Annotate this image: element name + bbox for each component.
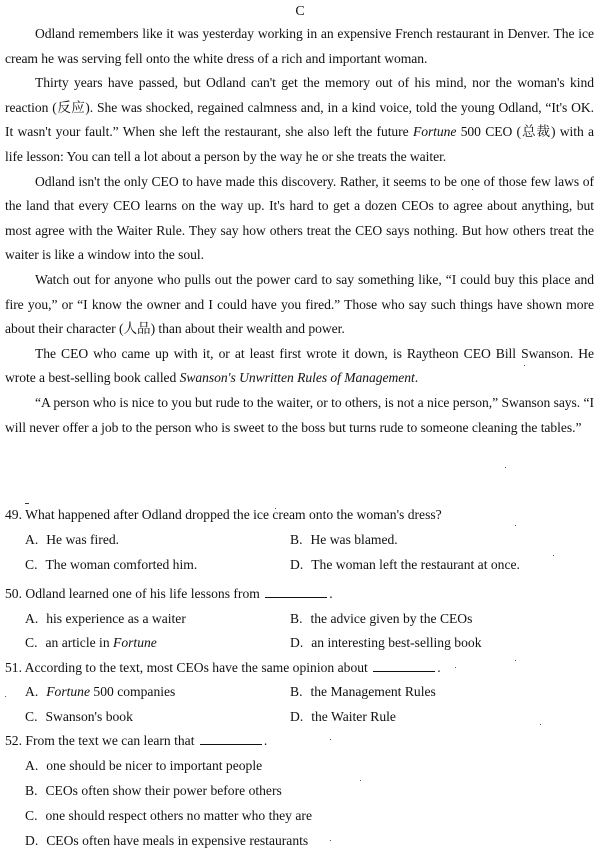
exam-page: C Odland remembers like it was yesterday…	[0, 0, 600, 866]
question-stem: 51. According to the text, most CEOs hav…	[5, 660, 441, 675]
question-number: 50.	[5, 586, 25, 601]
question-50: 50. Odland learned one of his life lesso…	[5, 584, 594, 604]
option-text: the Management Rules	[310, 684, 435, 699]
italic-text: Swanson's Unwritten Rules of Management	[180, 370, 415, 385]
option-text: one should be nicer to important people	[46, 758, 262, 773]
scan-speck	[540, 724, 541, 725]
question-stem: 49. What happened after Odland dropped t…	[5, 507, 442, 522]
option-letter: C.	[25, 557, 37, 572]
scan-speck	[505, 467, 506, 468]
option-letter: B.	[25, 783, 37, 798]
option-letter: A.	[25, 532, 38, 547]
italic-text: Fortune	[413, 124, 456, 139]
option-49-c[interactable]: C.The woman comforted him.	[25, 555, 197, 575]
option-49-d[interactable]: D.The woman left the restaurant at once.	[290, 555, 520, 575]
question-punctuation: .	[329, 586, 332, 601]
scan-speck	[360, 780, 361, 781]
scan-speck	[5, 696, 6, 697]
text-run: Odland remembers like it was yesterday w…	[5, 26, 594, 66]
passage-paragraph-3: Odland isn't the only CEO to have made t…	[5, 170, 594, 268]
text-run: CEOs often have meals in expensive resta…	[46, 833, 308, 848]
option-letter: C.	[25, 635, 37, 650]
option-letter: D.	[25, 833, 38, 848]
question-49: 49. What happened after Odland dropped t…	[5, 505, 594, 525]
scan-speck	[472, 189, 473, 190]
passage-paragraph-2: Thirty years have passed, but Odland can…	[5, 71, 594, 169]
text-run: .	[415, 370, 418, 385]
question-text: Odland learned one of his life lessons f…	[25, 586, 259, 601]
text-run: The woman comforted him.	[45, 557, 197, 572]
option-text: He was blamed.	[310, 532, 397, 547]
option-letter: B.	[290, 684, 302, 699]
scan-speck	[515, 660, 516, 661]
option-letter: A.	[25, 684, 38, 699]
question-stem: 50. Odland learned one of his life lesso…	[5, 586, 333, 601]
option-text: his experience as a waiter	[46, 611, 186, 626]
text-run: an interesting best-selling book	[311, 635, 481, 650]
text-run: CEOs often show their power before other…	[45, 783, 281, 798]
text-run: The woman left the restaurant at once.	[311, 557, 520, 572]
italic-text: Fortune	[46, 684, 90, 699]
scan-speck	[515, 525, 516, 526]
scan-speck	[275, 508, 276, 509]
option-51-d[interactable]: D.the Waiter Rule	[290, 707, 396, 727]
answer-blank	[265, 585, 327, 598]
text-run: one should respect others no matter who …	[45, 808, 312, 823]
text-run: an article in	[45, 635, 113, 650]
option-letter: B.	[290, 611, 302, 626]
option-52-c[interactable]: C.one should respect others no matter wh…	[25, 806, 312, 826]
question-text: What happened after Odland dropped the i…	[25, 507, 442, 522]
option-50-b[interactable]: B.the advice given by the CEOs	[290, 609, 472, 629]
option-text: The woman left the restaurant at once.	[311, 557, 520, 572]
scan-artifact	[25, 500, 29, 504]
option-text: an interesting best-selling book	[311, 635, 481, 650]
question-stem: 52. From the text we can learn that .	[5, 733, 267, 748]
question-number: 51.	[5, 660, 25, 675]
reading-passage: Odland remembers like it was yesterday w…	[5, 22, 594, 440]
answer-blank	[373, 659, 435, 672]
text-run: He was fired.	[46, 532, 119, 547]
text-run: He was blamed.	[310, 532, 397, 547]
text-run: his experience as a waiter	[46, 611, 186, 626]
option-text: He was fired.	[46, 532, 119, 547]
option-text: an article in Fortune	[45, 635, 156, 650]
answer-blank	[200, 732, 262, 745]
text-run: “A person who is nice to you but rude to…	[5, 395, 594, 435]
option-letter: D.	[290, 709, 303, 724]
option-text: Swanson's book	[45, 709, 132, 724]
option-50-c[interactable]: C.an article in Fortune	[25, 633, 157, 653]
question-punctuation: .	[437, 660, 440, 675]
question-text: From the text we can learn that	[25, 733, 194, 748]
option-49-b[interactable]: B.He was blamed.	[290, 530, 398, 550]
scan-speck	[330, 739, 331, 740]
text-run: the Management Rules	[310, 684, 435, 699]
question-number: 52.	[5, 733, 25, 748]
question-text: According to the text, most CEOs have th…	[25, 660, 368, 675]
text-run: one should be nicer to important people	[46, 758, 262, 773]
option-letter: D.	[290, 557, 303, 572]
question-51: 51. According to the text, most CEOs hav…	[5, 658, 594, 678]
option-52-a[interactable]: A.one should be nicer to important peopl…	[25, 756, 262, 776]
text-run: 500 companies	[90, 684, 175, 699]
passage-paragraph-4: Watch out for anyone who pulls out the p…	[5, 268, 594, 342]
option-letter: A.	[25, 758, 38, 773]
text-run: Odland isn't the only CEO to have made t…	[5, 174, 594, 263]
option-49-a[interactable]: A.He was fired.	[25, 530, 119, 550]
option-letter: C.	[25, 709, 37, 724]
passage-paragraph-6: “A person who is nice to you but rude to…	[5, 391, 594, 440]
scan-speck	[524, 365, 525, 366]
option-text: the Waiter Rule	[311, 709, 396, 724]
section-heading: C	[0, 2, 600, 22]
passage-paragraph-5: The CEO who came up with it, or at least…	[5, 342, 594, 391]
text-run: the advice given by the CEOs	[310, 611, 472, 626]
text-run: the Waiter Rule	[311, 709, 396, 724]
option-52-d[interactable]: D.CEOs often have meals in expensive res…	[25, 831, 308, 851]
option-51-a[interactable]: A.Fortune 500 companies	[25, 682, 175, 702]
text-run: Watch out for anyone who pulls out the p…	[5, 272, 594, 336]
option-text: The woman comforted him.	[45, 557, 197, 572]
option-letter: A.	[25, 611, 38, 626]
question-number: 49.	[5, 507, 25, 522]
question-52: 52. From the text we can learn that .	[5, 731, 594, 751]
option-text: CEOs often show their power before other…	[45, 783, 281, 798]
option-text: one should respect others no matter who …	[45, 808, 312, 823]
italic-text: Fortune	[113, 635, 157, 650]
option-51-c[interactable]: C.Swanson's book	[25, 707, 133, 727]
text-run: Swanson's book	[45, 709, 132, 724]
passage-paragraph-1: Odland remembers like it was yesterday w…	[5, 22, 594, 71]
option-letter: B.	[290, 532, 302, 547]
scan-speck	[330, 840, 331, 841]
question-punctuation: .	[264, 733, 267, 748]
option-52-b[interactable]: B.CEOs often show their power before oth…	[25, 781, 282, 801]
scan-speck	[553, 555, 554, 556]
option-letter: D.	[290, 635, 303, 650]
option-text: Fortune 500 companies	[46, 684, 175, 699]
option-50-d[interactable]: D.an interesting best-selling book	[290, 633, 482, 653]
option-51-b[interactable]: B.the Management Rules	[290, 682, 436, 702]
option-text: CEOs often have meals in expensive resta…	[46, 833, 308, 848]
option-text: the advice given by the CEOs	[310, 611, 472, 626]
scan-speck	[455, 667, 456, 668]
option-50-a[interactable]: A.his experience as a waiter	[25, 609, 186, 629]
option-letter: C.	[25, 808, 37, 823]
